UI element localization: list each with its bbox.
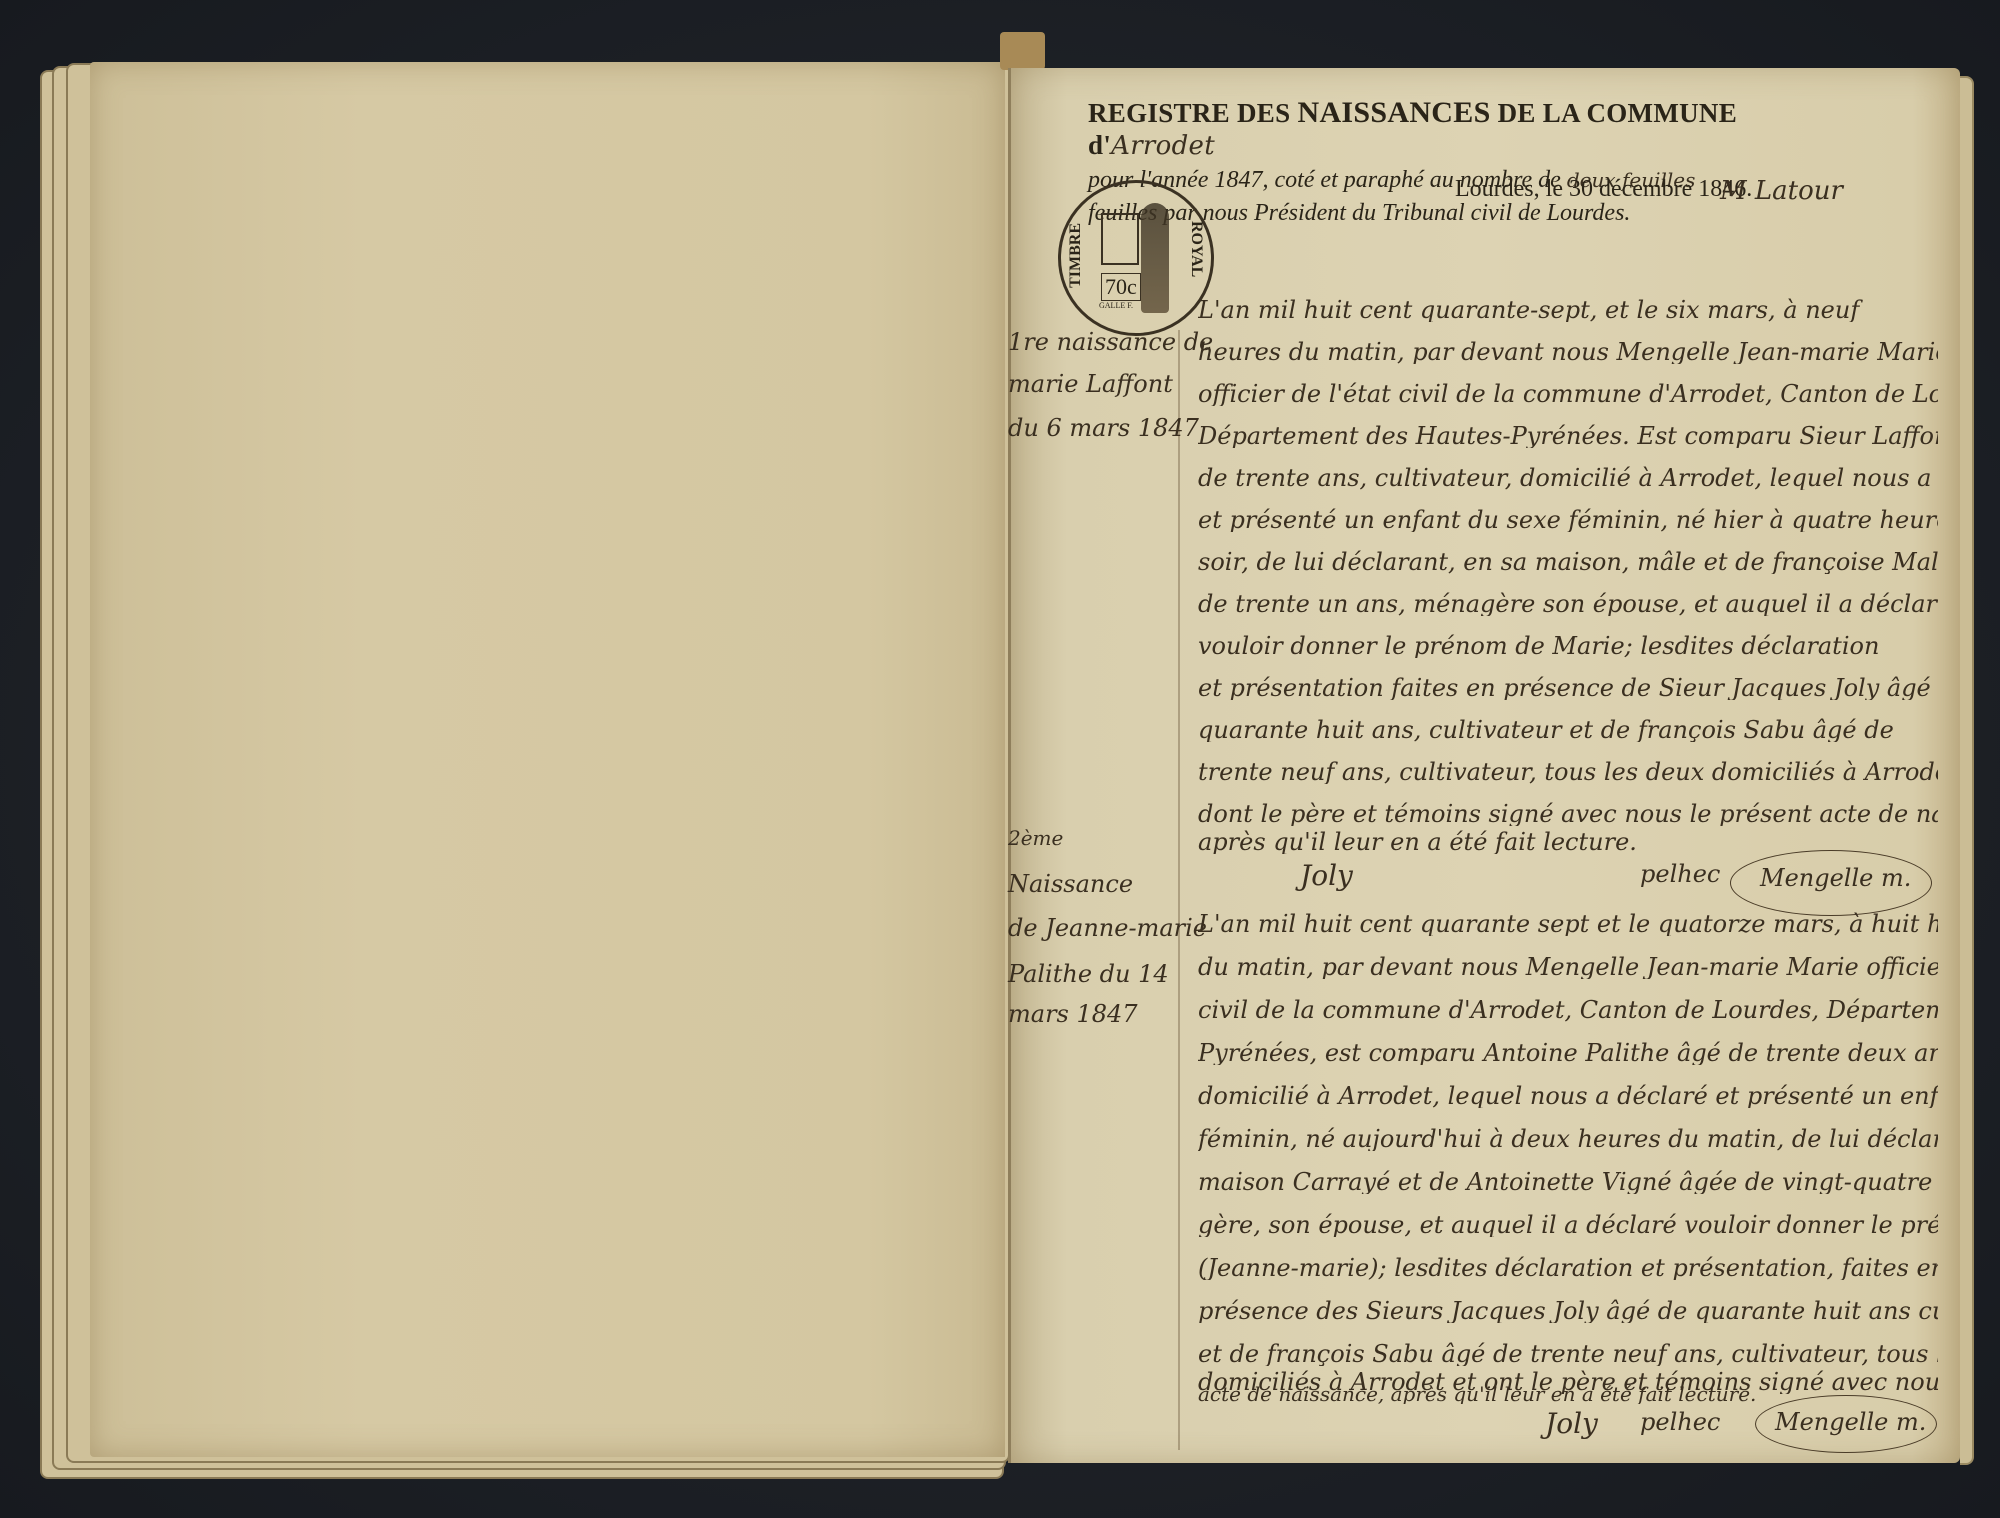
entry-1-line: L'an mil huit cent quarante-sept, et le … <box>1198 298 1938 322</box>
register-title: REGISTRE DES NAISSANCES DE LA COMMUNE d'… <box>1088 96 1788 161</box>
signature-joly: Joly <box>1545 1410 1598 1438</box>
entry-2-line: présence des Sieurs Jacques Joly âgé de … <box>1198 1299 1938 1323</box>
entry-1-line: et présenté un enfant du sexe féminin, n… <box>1198 508 1938 532</box>
allegorical-figure-icon <box>1141 203 1169 313</box>
entry-1-line: quarante huit ans, cultivateur et de fra… <box>1198 718 1938 742</box>
entry-2-line: Pyrénées, est comparu Antoine Palithe âg… <box>1198 1041 1938 1065</box>
entry-1-margin: 1re naissance de <box>1008 330 1213 354</box>
signature-mengelle: Mengelle m. <box>1760 866 1911 890</box>
entry-2-margin: 2ème <box>1008 828 1063 848</box>
entry-2-line: domicilié à Arrodet, lequel nous a décla… <box>1198 1084 1938 1108</box>
entry-1-line: officier de l'état civil de la commune d… <box>1198 382 1938 406</box>
signature-pelhec: pelhec <box>1640 1410 1720 1434</box>
signature-pelhec: pelhec <box>1640 862 1720 886</box>
entry-1-line: soir, de lui déclarant, en sa maison, mâ… <box>1198 550 1938 574</box>
entry-1-line: vouloir donner le prénom de Marie; lesdi… <box>1198 634 1938 658</box>
entry-1-line: de trente ans, cultivateur, domicilié à … <box>1198 466 1938 490</box>
commune-name: Arrodet <box>1111 131 1215 161</box>
right-page-edge <box>1960 76 1974 1465</box>
entry-2-line: (Jeanne-marie); lesdites déclaration et … <box>1198 1256 1938 1280</box>
entry-1-line: dont le père et témoins signé avec nous … <box>1198 802 1938 826</box>
royal-stamp-seal: TIMBRE ROYAL 70c GALLE F. <box>1058 180 1214 336</box>
entry-1-line: de trente un ans, ménagère son épouse, e… <box>1198 592 1938 616</box>
book-spine <box>1000 32 1045 70</box>
entry-2-line: gère, son épouse, et auquel il a déclaré… <box>1198 1213 1938 1237</box>
entry-1-line: et présentation faites en présence de Si… <box>1198 676 1938 700</box>
left-page-blank <box>90 62 1005 1457</box>
margin-rule <box>1178 330 1180 1450</box>
president-signature: M Latour <box>1720 176 1843 206</box>
entry-1-line: Département des Hautes-Pyrénées. Est com… <box>1198 424 1938 448</box>
signature-joly: Joly <box>1300 862 1353 890</box>
entry-2-line: civil de la commune d'Arrodet, Canton de… <box>1198 998 1938 1022</box>
entry-1-line: trente neuf ans, cultivateur, tous les d… <box>1198 760 1938 784</box>
book-gutter <box>1008 68 1011 1463</box>
entry-2-line: du matin, par devant nous Mengelle Jean-… <box>1198 955 1938 979</box>
entry-2-line: L'an mil huit cent quarante sept et le q… <box>1198 912 1938 936</box>
entry-2-line: maison Carrayé et de Antoinette Vigné âg… <box>1198 1170 1938 1194</box>
signature-mengelle: Mengelle m. <box>1775 1410 1926 1434</box>
entry-2-line: et de françois Sabu âgé de trente neuf a… <box>1198 1342 1938 1366</box>
tablets-icon <box>1101 213 1139 265</box>
entry-1-line: heures du matin, par devant nous Mengell… <box>1198 340 1938 364</box>
register-date: Lourdes, le 30 décembre 1846. <box>1455 176 1752 203</box>
entry-2-line: féminin, né aujourd'hui à deux heures du… <box>1198 1127 1938 1151</box>
